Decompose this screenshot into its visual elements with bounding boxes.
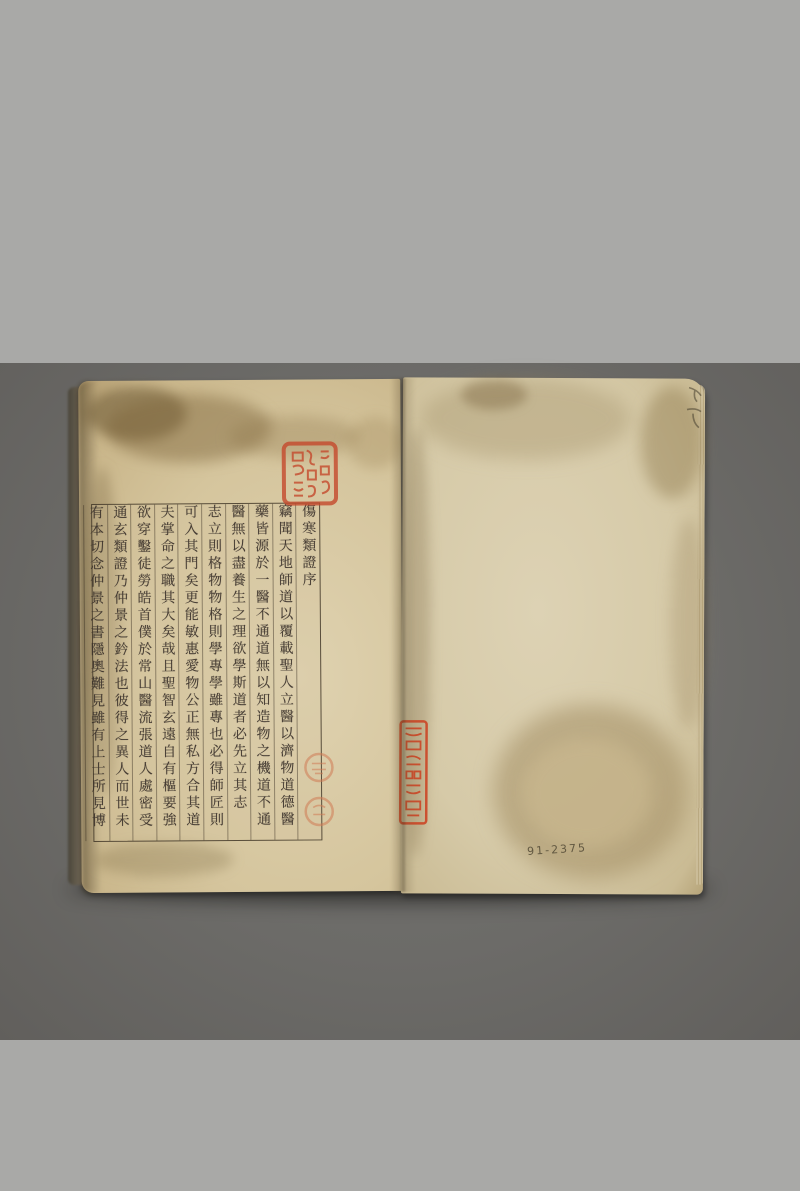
- text-column: 欲穿鑿徒勞皓首僕於常山醫流張道人處密受: [130, 505, 156, 841]
- text-column: 藥皆源於一醫不通道無以知造物之機道不通: [248, 504, 274, 840]
- book-gutter: [390, 378, 416, 892]
- text-column: 通玄類證乃仲景之鈐法也彼得之異人而世未: [107, 505, 133, 841]
- stain: [93, 842, 233, 877]
- stain: [521, 738, 651, 849]
- corner-folio-mark-icon: [681, 384, 707, 434]
- right-page: 91-2375: [401, 377, 705, 894]
- left-page: 傷寒類證序 竊聞天地師道以覆載聖人立醫以濟物道德醫 藥皆源於一醫不通道無以知造物…: [78, 379, 404, 893]
- text-column: 醫無以盡養生之理欲學斯道者必先立其志: [225, 504, 251, 840]
- printed-text-block: 傷寒類證序 竊聞天地師道以覆載聖人立醫以濟物道德醫 藥皆源於一醫不通道無以知造物…: [91, 502, 322, 842]
- text-column: 有本切念仲景之書隱奧難見雖有上士所見博: [83, 505, 109, 841]
- round-seals-icon: [303, 745, 336, 837]
- photo-backdrop: 傷寒類證序 竊聞天地師道以覆載聖人立醫以濟物道德醫 藥皆源於一醫不通道無以知造物…: [0, 363, 800, 1040]
- text-column: 志立則格物物格則學專學雖專也必得師匠則: [201, 504, 227, 840]
- text-column: 可入其門矣更能敏惠愛物公正無私方合其道: [178, 504, 204, 840]
- text-column: 竊聞天地師道以覆載聖人立醫以濟物道德醫: [272, 504, 298, 840]
- stain: [461, 380, 527, 410]
- stain: [421, 377, 631, 460]
- text-column: 夫掌命之職其大矣哉且聖智玄遠自有樞要強: [154, 504, 180, 840]
- square-collector-seal-icon: [281, 440, 339, 506]
